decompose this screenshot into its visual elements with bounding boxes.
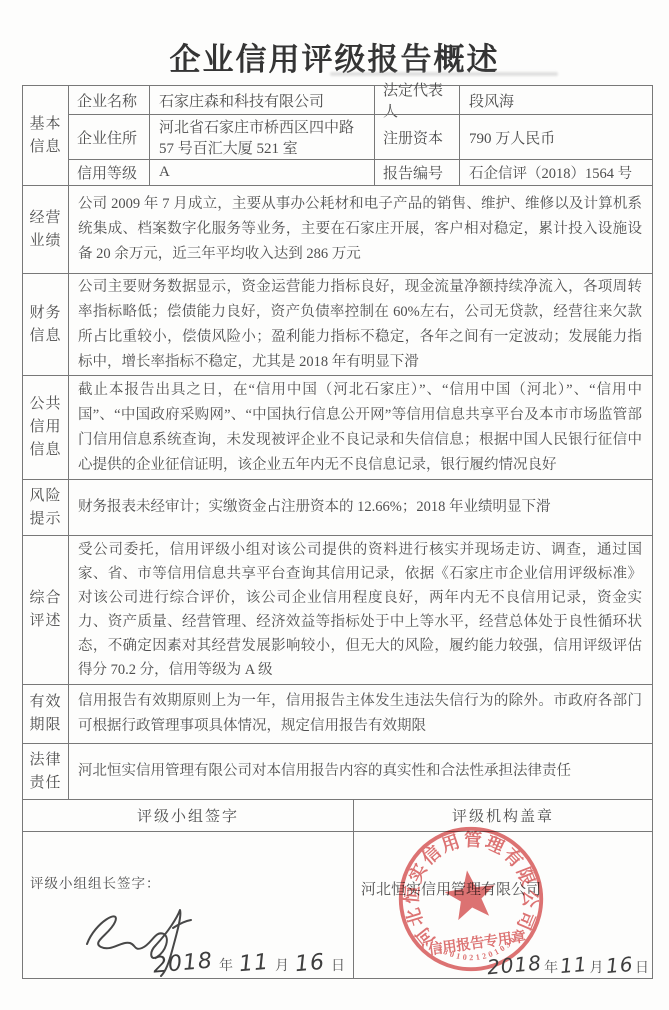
section-content: 截止本报告出具之日，在“信用中国（河北石家庄）”、“信用中国（河北）”、“信用中… [69, 376, 652, 479]
section-paragraph: 财务报表未经审计；实缴资金占注册资本的 12.66%；2018 年业绩明显下滑 [78, 495, 550, 520]
signature-header-row: 评级小组签字 评级机构盖章 [23, 799, 652, 831]
field-label: 报告编号 [374, 160, 459, 185]
table-row: 企业名称 石家庄森和科技有限公司 法定代表人 段风海 [69, 86, 652, 114]
field-label: 企业名称 [69, 86, 149, 114]
handwritten-month: 11 [559, 952, 588, 978]
section-paragraph: 信用报告有效期原则上为一年，信用报告主体发生违法失信行为的除外。市政府各部门可根… [78, 689, 642, 739]
scanned-credit-report: { "title": "企业信用评级报告概述", "basic_info": {… [0, 0, 669, 1010]
section-row-risk-warning: 风险提示 财务报表未经审计；实缴资金占注册资本的 12.66%；2018 年业绩… [23, 479, 652, 535]
section-content: 受公司委托，信用评级小组对该公司提供的资料进行核实并现场走访、调查，通过国家、省… [69, 536, 652, 684]
section-label: 法律责任 [23, 744, 69, 799]
rating-team-signature-header: 评级小组签字 [23, 800, 354, 831]
table-row: 企业住所 河北省石家庄市桥西区四中路 57 号百汇大厦 521 室 注册资本 7… [69, 114, 652, 159]
signature-date-left: 2018 年 11 月 16 日 [153, 951, 345, 976]
handwritten-day: 16 [294, 950, 326, 978]
section-content: 河北恒实信用管理有限公司对本信用报告内容的真实性和合法性承担法律责任 [69, 744, 652, 799]
signature-date-right: 2018 年 11 月 16 日 [487, 953, 649, 977]
field-value: A [149, 160, 374, 185]
section-label: 有效期限 [23, 685, 69, 743]
month-unit: 月 [275, 955, 289, 975]
section-label: 财务信息 [23, 274, 69, 375]
field-value: 790 万人民币 [459, 115, 652, 159]
team-leader-signature-label: 评级小组组长签字： [30, 872, 161, 892]
field-label: 注册资本 [374, 115, 459, 159]
basic-info-row: 基本信息 企业名称 石家庄森和科技有限公司 法定代表人 段风海 企业住所 河北省… [23, 86, 652, 185]
section-content: 公司主要财务数据显示，资金运营能力指标良好，现金流量净额持续净流入，各项周转率指… [69, 274, 652, 375]
section-content: 公司 2009 年 7 月成立，主要从事办公耗材和电子产品的销售、维护、维修以及… [69, 186, 652, 273]
section-label-basic-info: 基本信息 [23, 86, 69, 185]
field-label: 信用等级 [69, 160, 149, 185]
field-label: 企业住所 [69, 115, 149, 159]
section-row-validity-period: 有效期限 信用报告有效期原则上为一年，信用报告主体发生违法失信行为的除外。市政府… [23, 684, 652, 743]
field-value: 石家庄森和科技有限公司 [149, 86, 374, 114]
handwritten-year: 2018 [486, 951, 543, 980]
section-content: 财务报表未经审计；实缴资金占注册资本的 12.66%；2018 年业绩明显下滑 [69, 480, 652, 535]
seal-cell: 河北恒实信用管理有限公司 河北恒实信用管理有限公司 信用报告专用章 130102… [354, 832, 652, 978]
section-row-public-credit-info: 公共信用信息 截止本报告出具之日，在“信用中国（河北石家庄）”、“信用中国（河北… [23, 375, 652, 479]
section-row-financial-info: 财务信息 公司主要财务数据显示，资金运营能力指标良好，现金流量净额持续净流入，各… [23, 273, 652, 375]
report-table: 基本信息 企业名称 石家庄森和科技有限公司 法定代表人 段风海 企业住所 河北省… [22, 85, 653, 979]
section-paragraph: 公司 2009 年 7 月成立，主要从事办公耗材和电子产品的销售、维护、维修以及… [78, 192, 642, 267]
scan-smudge [330, 72, 558, 76]
signature-cell: 评级小组组长签字： 2018 年 11 月 16 日 [23, 832, 354, 978]
section-row-overall-review: 综合评述 受公司委托，信用评级小组对该公司提供的资料进行核实并现场走访、调查，通… [23, 535, 652, 684]
section-paragraph: 截止本报告出具之日，在“信用中国（河北石家庄）”、“信用中国（河北）”、“信用中… [78, 378, 642, 478]
handwritten-year: 2018 [152, 948, 214, 978]
section-row-business-performance: 经营业绩 公司 2009 年 7 月成立，主要从事办公耗材和电子产品的销售、维护… [23, 185, 652, 273]
section-paragraph: 公司主要财务数据显示，资金运营能力指标良好，现金流量净额持续净流入，各项周转率指… [78, 275, 642, 375]
signature-area-row: 评级小组组长签字： 2018 年 11 月 16 日 河北恒实信用管理有限公司 [23, 831, 652, 978]
seal-star [442, 867, 499, 922]
section-label: 经营业绩 [23, 186, 69, 273]
year-unit: 年 [219, 955, 233, 975]
section-paragraph: 受公司委托，信用评级小组对该公司提供的资料进行核实并现场走访、调查，通过国家、省… [78, 538, 642, 682]
day-unit: 日 [331, 955, 345, 975]
basic-info-grid: 企业名称 石家庄森和科技有限公司 法定代表人 段风海 企业住所 河北省石家庄市桥… [69, 86, 652, 185]
month-unit: 月 [590, 957, 604, 977]
field-value: 石企信评（2018）1564 号 [459, 160, 652, 185]
day-unit: 日 [635, 957, 649, 977]
section-label: 风险提示 [23, 480, 69, 535]
field-value: 河北省石家庄市桥西区四中路 57 号百汇大厦 521 室 [149, 115, 374, 159]
handwritten-day: 16 [605, 952, 634, 978]
field-label: 法定代表人 [374, 86, 459, 114]
section-paragraph: 河北恒实信用管理有限公司对本信用报告内容的真实性和合法性承担法律责任 [78, 759, 571, 784]
handwritten-month: 11 [238, 950, 270, 978]
section-label: 综合评述 [23, 536, 69, 684]
year-unit: 年 [544, 957, 558, 977]
section-label: 公共信用信息 [23, 376, 69, 479]
section-row-legal-liability: 法律责任 河北恒实信用管理有限公司对本信用报告内容的真实性和合法性承担法律责任 [23, 743, 652, 799]
section-content: 信用报告有效期原则上为一年，信用报告主体发生违法失信行为的除外。市政府各部门可根… [69, 685, 652, 743]
table-row: 信用等级 A 报告编号 石企信评（2018）1564 号 [69, 159, 652, 185]
field-value: 段风海 [459, 86, 652, 114]
